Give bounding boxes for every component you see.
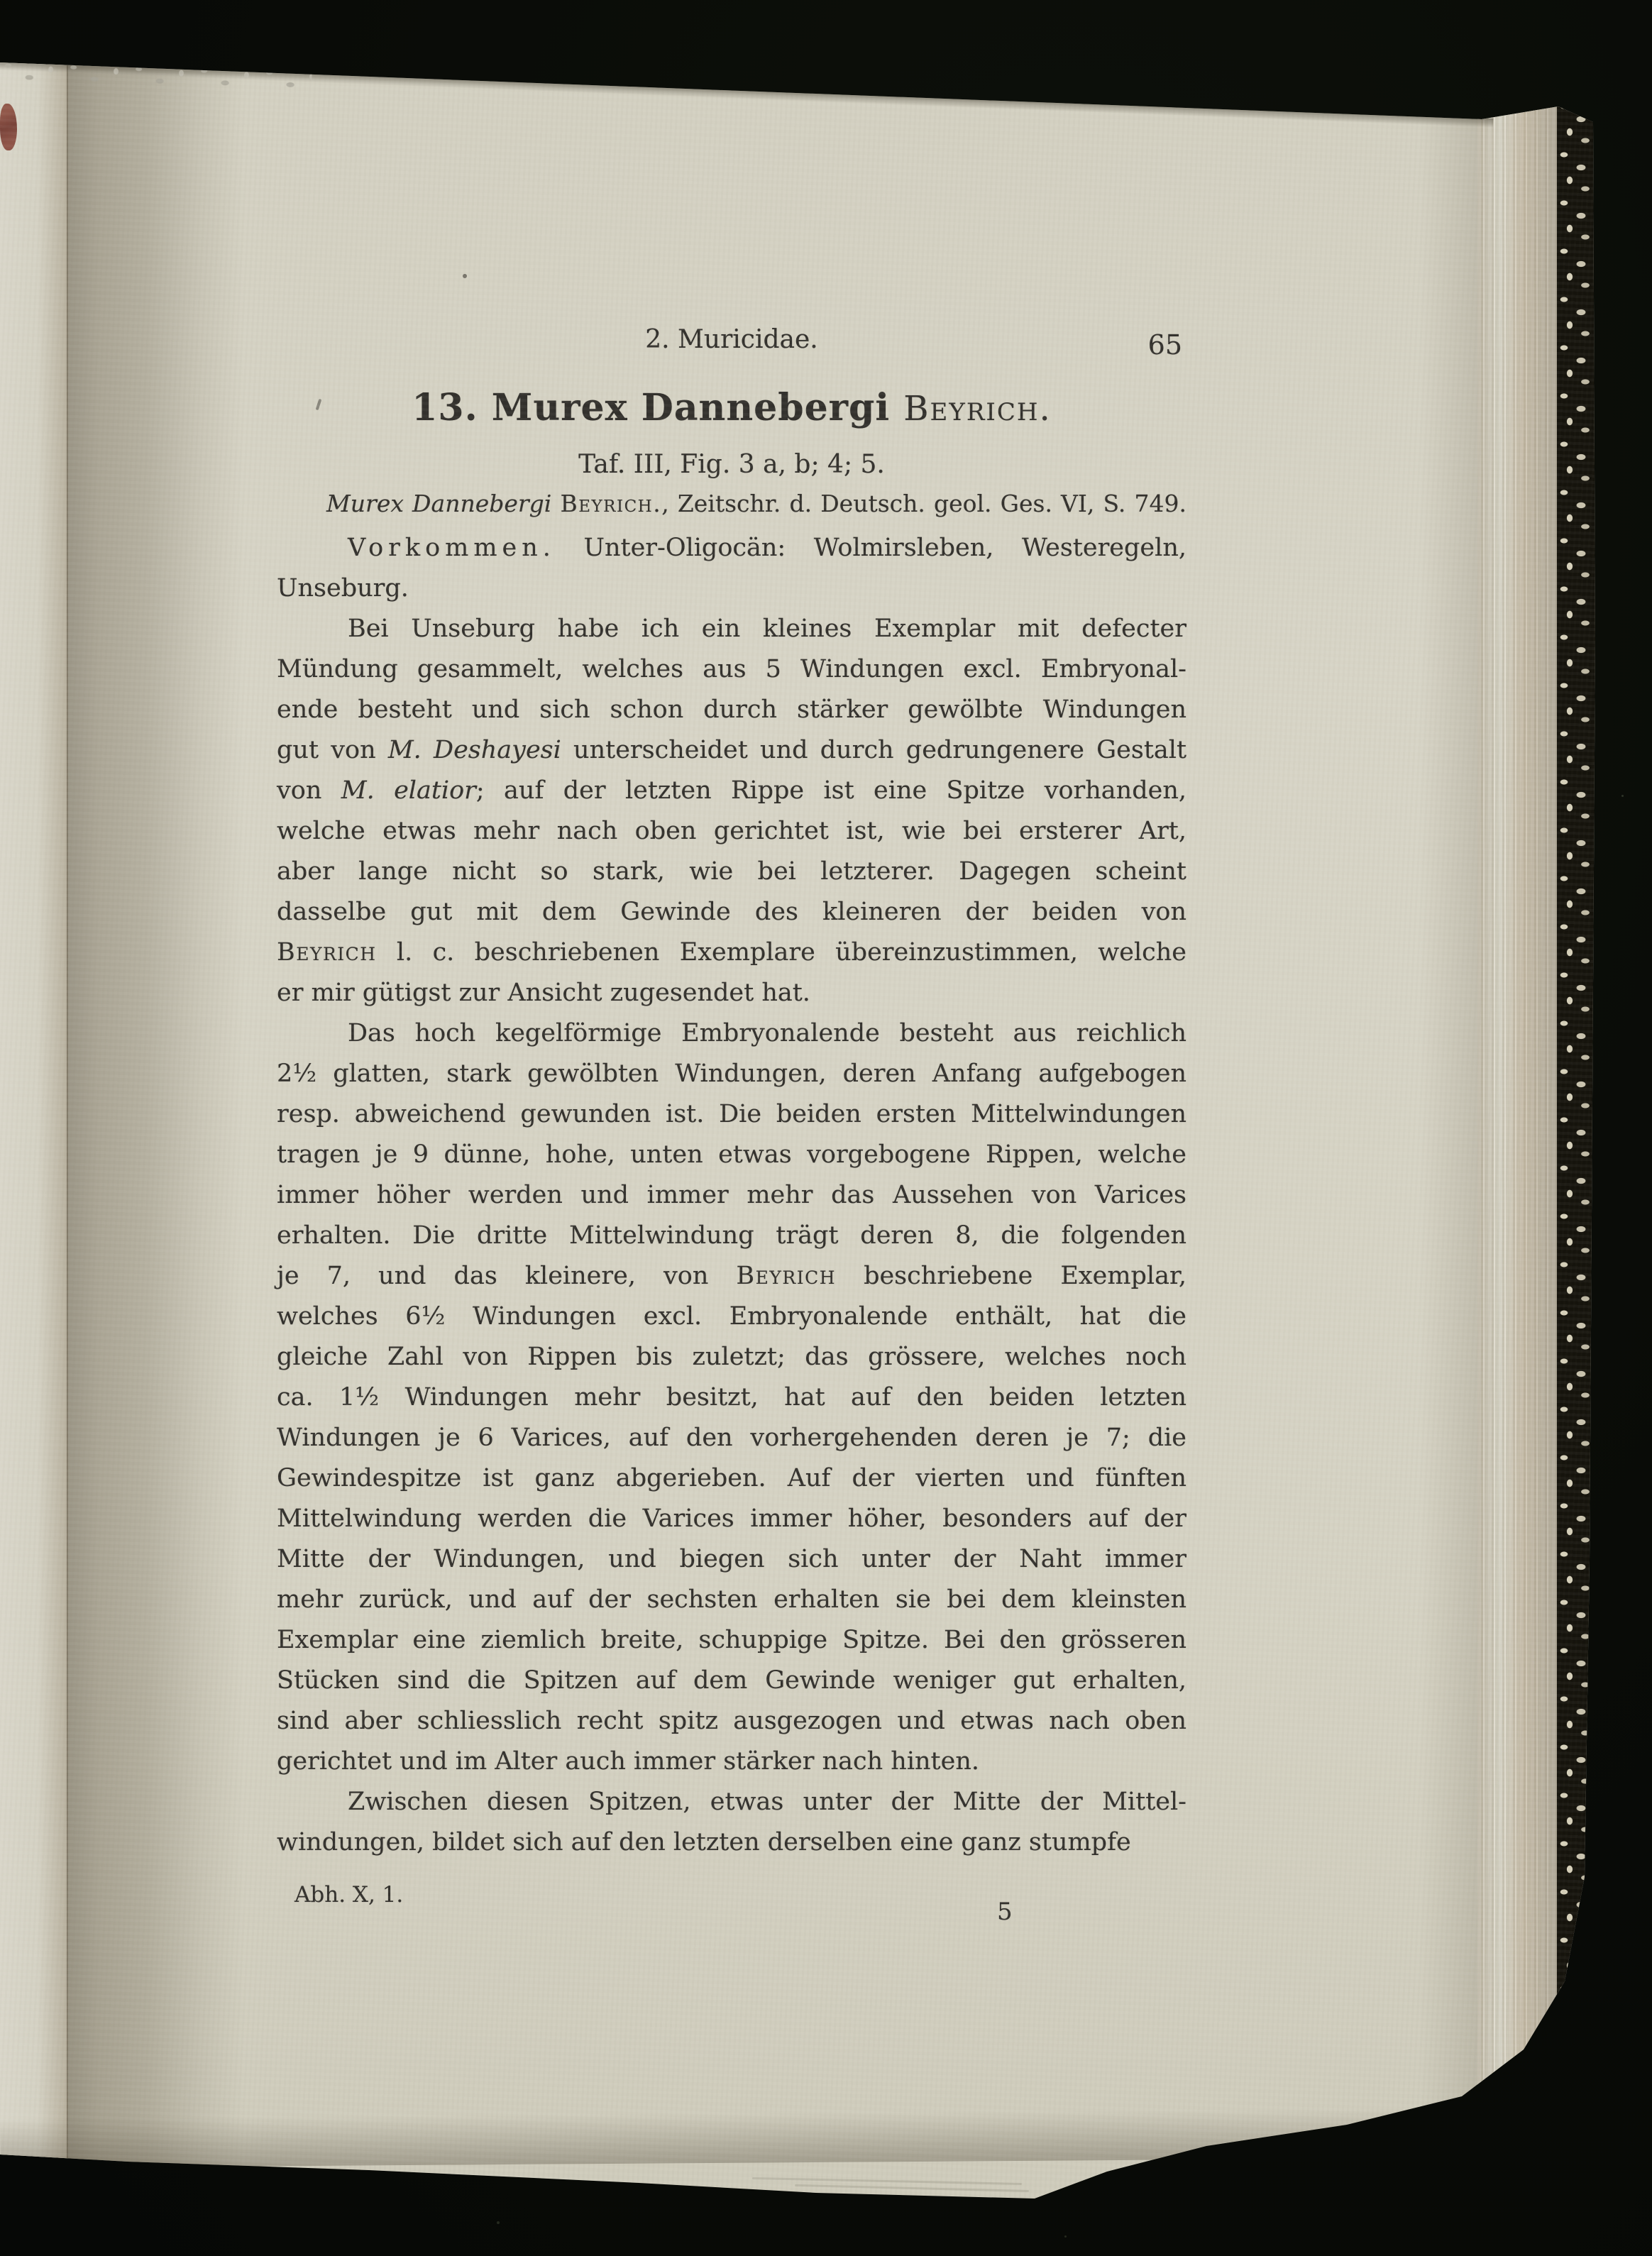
book-page: 2. Muricidae. 65 13. Murex Dannebergi Be…	[0, 0, 1652, 2256]
dust-speck	[1621, 795, 1624, 797]
dust-speck	[497, 2221, 500, 2224]
photo-stage: 2. Muricidae. 65 13. Murex Dannebergi Be…	[0, 0, 1652, 2256]
paper-texture	[0, 0, 1652, 2256]
dust-speck	[1064, 2235, 1067, 2238]
